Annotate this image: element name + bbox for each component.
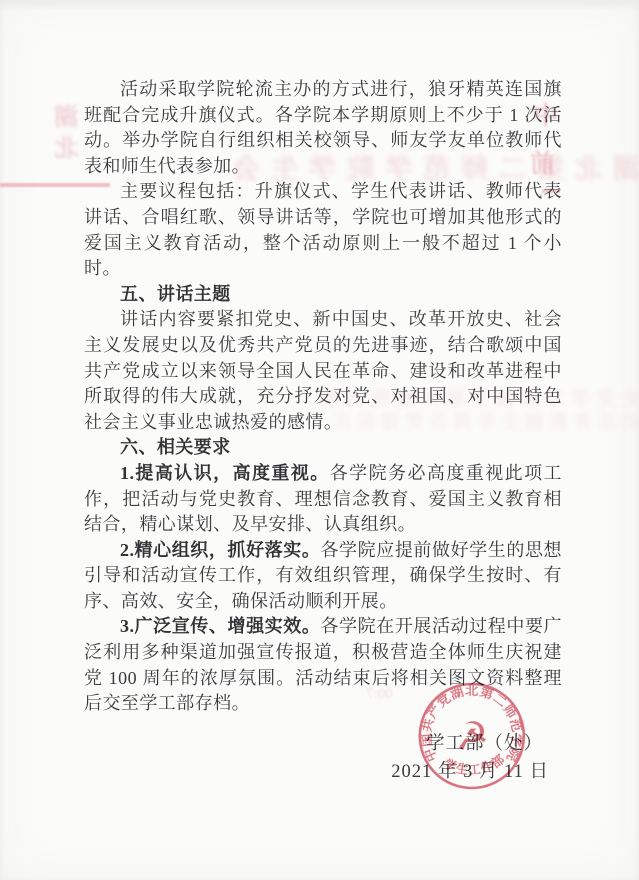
document-body: 活动采取学院轮流主办的方式进行，狼牙精英连国旗班配合完成升旗仪式。各学院本学期原…	[84, 77, 562, 717]
hammer-sickle-icon: ☭	[453, 713, 491, 760]
paragraph-activity-format: 活动采取学院轮流主办的方式进行，狼牙精英连国旗班配合完成升旗仪式。各学院本学期原…	[84, 77, 562, 179]
requirement-item-1: 1.提高认识，高度重视。各学院务必高度重视此项工作，把活动与党史教育、理想信念教…	[84, 461, 562, 538]
requirement-lead-1: 1.提高认识，高度重视。	[120, 463, 330, 483]
requirement-lead-2: 2.精心组织，抓好落实。	[120, 540, 320, 560]
section-heading-5: 五、讲话主题	[84, 282, 562, 308]
official-seal: 中国共产党湖北第二师范学院委员会 学生工作部 ☭	[403, 676, 540, 801]
bleed-through-text: 湖北	[52, 104, 87, 174]
paragraph-speech-theme: 讲话内容要紧扣党史、新中国史、改革开放史、社会主义发展史以及优秀共产党员的先进事…	[84, 307, 562, 435]
paragraph-agenda: 主要议程包括：升旗仪式、学生代表讲话、教师代表讲话、合唱红歌、领导讲话等，学院也…	[84, 179, 562, 281]
seal-graphic: 中国共产党湖北第二师范学院委员会 学生工作部 ☭	[403, 676, 540, 801]
scanned-notice-page: 中 前 湖北 湖北第二师范学院学生会 史党学习旗国升展开班级列系 动活育教题主年…	[0, 0, 639, 880]
requirement-lead-3: 3.广泛宣传、增强实效。	[120, 616, 320, 636]
section-heading-6: 六、相关要求	[84, 435, 562, 461]
requirement-item-2: 2.精心组织，抓好落实。各学院应提前做好学生的思想引导和活动宣传工作，有效组织管…	[84, 538, 562, 615]
